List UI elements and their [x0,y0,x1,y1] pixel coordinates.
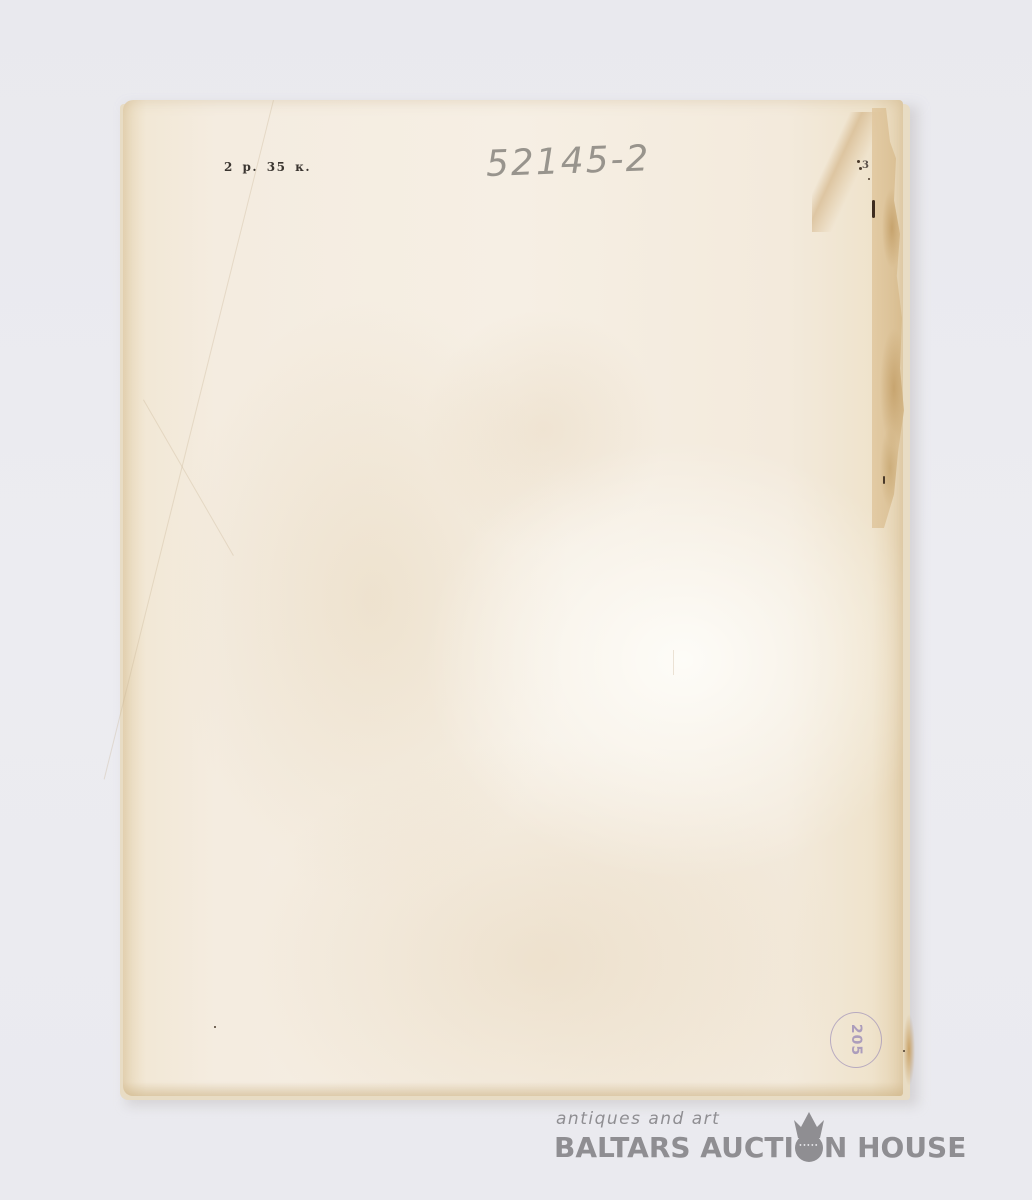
watermark-brand: BALTARS AUCTI N HOUSE [554,1131,966,1164]
crown-icon [792,1112,826,1138]
watermark-logo-o-icon [795,1134,823,1162]
library-stamp-number: 205 [848,1024,864,1056]
auction-house-watermark: antiques and art BALTARS AUCTI N HOUSE [554,1103,954,1173]
speck [872,200,875,218]
printed-price-label: 2 р. 35 к. [224,160,311,174]
handwritten-catalog-number: 52145-2 [485,138,651,185]
paper-crease [143,400,234,556]
paper-crease [673,650,674,675]
speck [857,160,860,163]
paper-crease [104,100,274,779]
library-stamp: 205 [830,1012,882,1068]
watermark-tagline: antiques and art [556,1109,720,1129]
speck [903,1050,905,1052]
speck [214,1026,216,1028]
corner-mark: 3 [862,160,869,171]
speck [868,178,870,180]
watermark-brand-part2: N HOUSE [824,1131,966,1164]
photo: 2 р. 35 к. 52145-2 3 205 antiques and ar… [0,0,1032,1200]
watermark-brand-part1: BALTARS AUCTI [554,1131,794,1164]
speck [883,476,885,484]
booklet-back-cover [123,100,903,1096]
